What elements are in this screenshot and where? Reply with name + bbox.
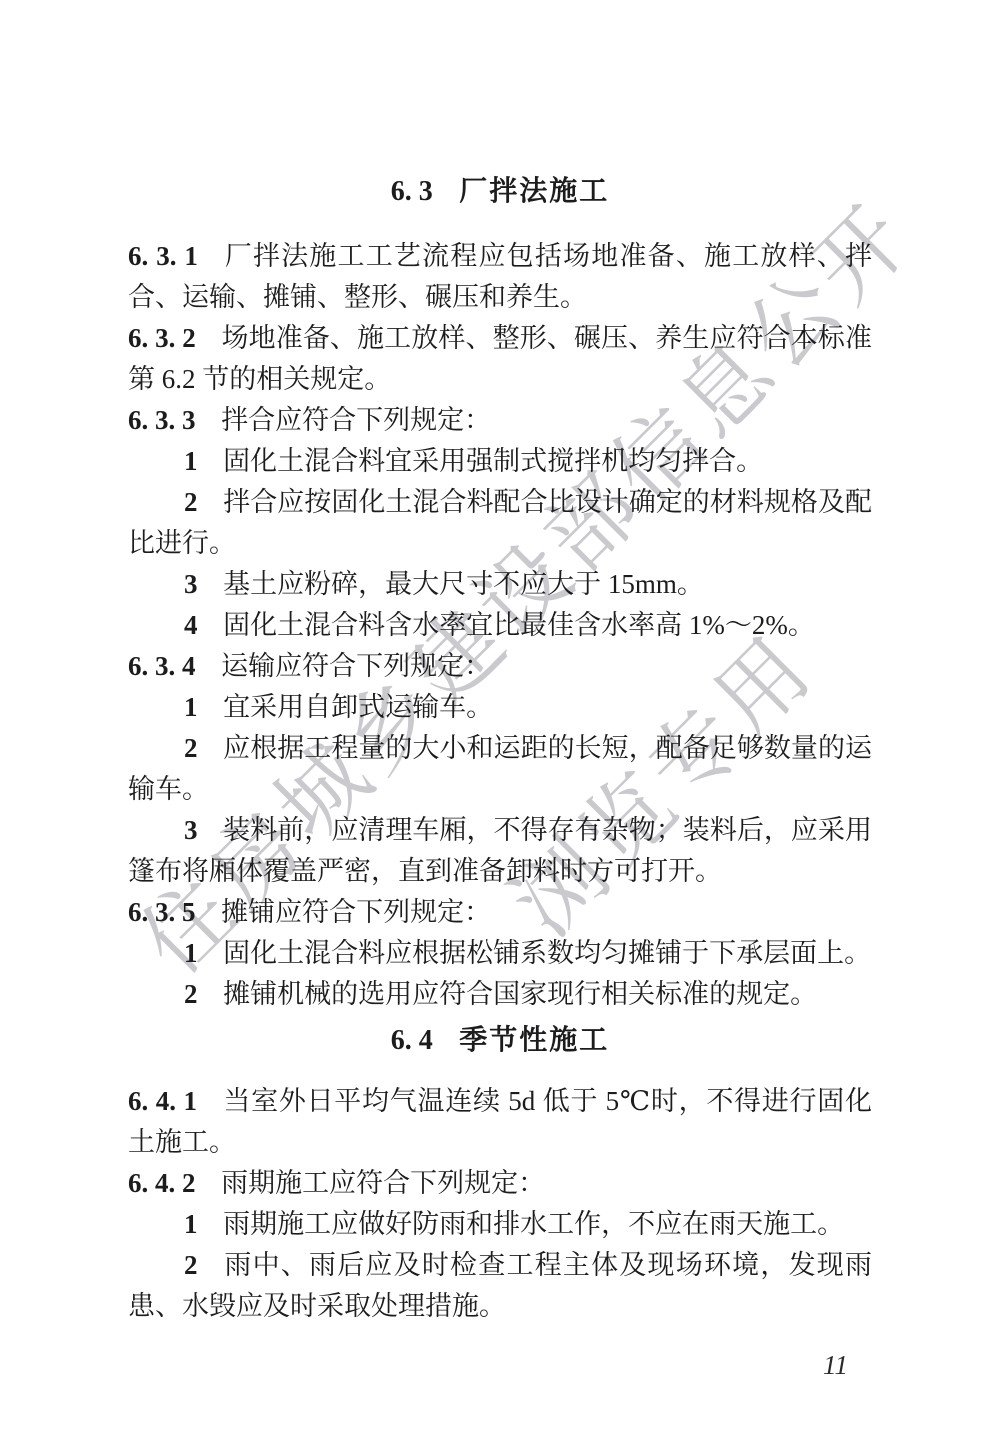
page-number: 11 — [823, 1350, 848, 1381]
item-text: 宜采用自卸式运输车。 — [223, 692, 493, 722]
section-heading-title: 季节性施工 — [459, 1024, 609, 1055]
item-number: 2 — [184, 487, 198, 517]
list-item-paragraph: 2摊铺机械的选用应符合国家现行相关标准的规定。 — [128, 974, 872, 1015]
clause-paragraph: 6. 3. 2场地准备、施工放样、整形、碾压、养生应符合本标准第 6.2 节的相… — [128, 318, 872, 400]
clause-text: 当室外日平均气温连续 5d 低于 5℃时，不得进行固化土施工。 — [128, 1086, 872, 1157]
section-heading: 6. 4季节性施工 — [128, 1019, 872, 1061]
item-number: 2 — [184, 733, 198, 763]
section-heading-title: 厂拌法施工 — [459, 175, 609, 206]
list-item-paragraph: 2拌合应按固化土混合料配合比设计确定的材料规格及配比进行。 — [128, 482, 872, 564]
clause-number: 6. 3. 5 — [128, 897, 196, 927]
clause-number: 6. 3. 2 — [128, 323, 196, 353]
item-number: 3 — [184, 815, 198, 845]
item-number: 2 — [184, 1250, 198, 1280]
clause-text: 运输应符合下列规定： — [221, 651, 491, 681]
clause-paragraph: 6. 3. 3拌合应符合下列规定： — [128, 400, 872, 441]
clause-text: 厂拌法施工工艺流程应包括场地准备、施工放样、拌合、运输、摊铺、整形、碾压和养生。 — [128, 241, 872, 312]
list-item-paragraph: 1固化土混合料宜采用强制式搅拌机均匀拌合。 — [128, 441, 872, 482]
list-item-paragraph: 1固化土混合料应根据松铺系数均匀摊铺于下承层面上。 — [128, 933, 872, 974]
item-number: 2 — [184, 979, 198, 1009]
item-text: 固化土混合料应根据松铺系数均匀摊铺于下承层面上。 — [223, 938, 871, 968]
section-heading-number: 6. 3 — [391, 176, 433, 207]
section-heading-number: 6. 4 — [391, 1025, 433, 1056]
clause-text: 场地准备、施工放样、整形、碾压、养生应符合本标准第 6.2 节的相关规定。 — [128, 323, 872, 394]
item-number: 1 — [184, 1209, 198, 1239]
section-6-4: 6. 4季节性施工6. 4. 1当室外日平均气温连续 5d 低于 5℃时，不得进… — [128, 1019, 872, 1327]
item-text: 摊铺机械的选用应符合国家现行相关标准的规定。 — [223, 979, 817, 1009]
item-text: 雨期施工应做好防雨和排水工作，不应在雨天施工。 — [223, 1209, 844, 1239]
item-text: 基土应粉碎，最大尺寸不应大于 15mm。 — [223, 569, 704, 599]
list-item-paragraph: 2雨中、雨后应及时检查工程主体及现场环境，发现雨患、水毁应及时采取处理措施。 — [128, 1245, 872, 1327]
clause-text: 摊铺应符合下列规定： — [221, 897, 491, 927]
item-text: 雨中、雨后应及时检查工程主体及现场环境，发现雨患、水毁应及时采取处理措施。 — [128, 1250, 872, 1321]
item-text: 固化土混合料宜采用强制式搅拌机均匀拌合。 — [223, 446, 763, 476]
list-item-paragraph: 3基土应粉碎，最大尺寸不应大于 15mm。 — [128, 564, 872, 605]
clause-number: 6. 3. 4 — [128, 651, 196, 681]
item-number: 1 — [184, 446, 198, 476]
item-number: 3 — [184, 569, 198, 599]
item-text: 拌合应按固化土混合料配合比设计确定的材料规格及配比进行。 — [128, 487, 872, 558]
clause-number: 6. 4. 1 — [128, 1086, 197, 1116]
clause-number: 6. 3. 3 — [128, 405, 196, 435]
list-item-paragraph: 4固化土混合料含水率宜比最佳含水率高 1%～2%。 — [128, 605, 872, 646]
list-item-paragraph: 3装料前，应清理车厢，不得存有杂物；装料后，应采用篷布将厢体覆盖严密，直到准备卸… — [128, 810, 872, 892]
item-text: 固化土混合料含水率宜比最佳含水率高 1%～2%。 — [223, 610, 815, 640]
section-heading: 6. 3厂拌法施工 — [128, 170, 872, 212]
item-number: 1 — [184, 938, 198, 968]
item-text: 装料前，应清理车厢，不得存有杂物；装料后，应采用篷布将厢体覆盖严密，直到准备卸料… — [128, 815, 872, 886]
item-text: 应根据工程量的大小和运距的长短，配备足够数量的运输车。 — [128, 733, 872, 804]
clause-number: 6. 3. 1 — [128, 241, 198, 271]
item-number: 4 — [184, 610, 198, 640]
list-item-paragraph: 1宜采用自卸式运输车。 — [128, 687, 872, 728]
clause-paragraph: 6. 4. 2雨期施工应符合下列规定： — [128, 1163, 872, 1204]
clause-text: 拌合应符合下列规定： — [221, 405, 491, 435]
list-item-paragraph: 1雨期施工应做好防雨和排水工作，不应在雨天施工。 — [128, 1204, 872, 1245]
clause-paragraph: 6. 4. 1当室外日平均气温连续 5d 低于 5℃时，不得进行固化土施工。 — [128, 1081, 872, 1163]
page-content: 6. 3厂拌法施工6. 3. 1厂拌法施工工艺流程应包括场地准备、施工放样、拌合… — [128, 170, 872, 1327]
clause-paragraph: 6. 3. 1厂拌法施工工艺流程应包括场地准备、施工放样、拌合、运输、摊铺、整形… — [128, 236, 872, 318]
clause-paragraph: 6. 3. 5摊铺应符合下列规定： — [128, 892, 872, 933]
document-page: 住房城乡建设部信息公开 浏览专用 6. 3厂拌法施工6. 3. 1厂拌法施工工艺… — [0, 0, 1000, 1449]
section-6-3: 6. 3厂拌法施工6. 3. 1厂拌法施工工艺流程应包括场地准备、施工放样、拌合… — [128, 170, 872, 1015]
clause-number: 6. 4. 2 — [128, 1168, 196, 1198]
item-number: 1 — [184, 692, 198, 722]
clause-text: 雨期施工应符合下列规定： — [221, 1168, 545, 1198]
list-item-paragraph: 2应根据工程量的大小和运距的长短，配备足够数量的运输车。 — [128, 728, 872, 810]
clause-paragraph: 6. 3. 4运输应符合下列规定： — [128, 646, 872, 687]
